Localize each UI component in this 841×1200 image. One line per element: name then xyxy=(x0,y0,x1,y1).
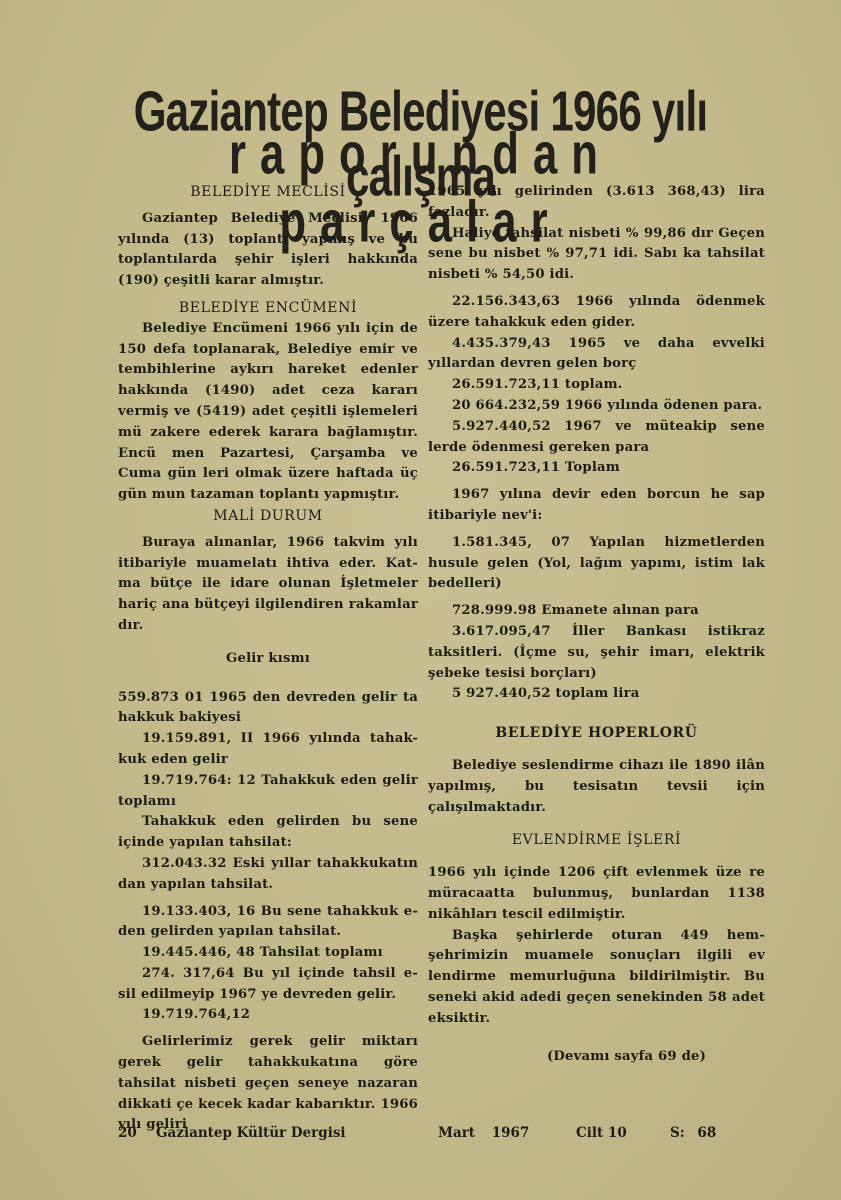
page-number: 20 xyxy=(118,1125,156,1141)
gelir-item: Tahakkuk eden gelirden bu sene içinde ya… xyxy=(118,812,418,854)
evlendirme-paragraph-2: Başka şehirlerde oturan 449 hem- şehrimi… xyxy=(428,926,765,1030)
section-heading-encumen: BELEDİYE ENCÜMENİ xyxy=(118,298,418,319)
volume-number: Cilt 10 xyxy=(576,1125,670,1141)
tahsilat-paragraph: Haliye tahsilat nisbeti % 99,86 dır Geçe… xyxy=(428,224,765,286)
gider-item: 4.435.379,43 1965 ve daha evvelki yıllar… xyxy=(428,334,765,376)
magazine-page: Gaziantep Belediyesi 1966 yılı çalışma r… xyxy=(0,0,841,1200)
gelir-item: 312.043.32 Eski yıllar tahakkukatın dan … xyxy=(118,854,418,896)
continuation-paragraph: 1965 yılı gelirinden (3.613 368,43) lira… xyxy=(428,182,765,224)
left-column: BELEDİYE MECLİSİ Gaziantep Belediye Mecl… xyxy=(118,182,418,1136)
devir-item: 3.617.095,47 İller Bankası istikraz taks… xyxy=(428,622,765,684)
section-heading-mali-durum: MALİ DURUM xyxy=(118,506,418,527)
encumen-paragraph: Belediye Encümeni 1966 yılı için de 150 … xyxy=(118,319,418,506)
gelir-item: 19.719.764: 12 Tahakkuk eden gelir topla… xyxy=(118,771,418,813)
issue-date: Mart 1967 xyxy=(438,1125,576,1141)
section-heading-hoperloru: BELEDİYE HOPERLORÜ xyxy=(428,723,765,744)
issue-number: S: 68 xyxy=(670,1125,716,1141)
continued-on-page-note: (Devamı sayfa 69 de) xyxy=(428,1047,765,1068)
gelir-item: 19.159.891, II 1966 yılında tahak- kuk e… xyxy=(118,729,418,771)
evlendirme-paragraph-1: 1966 yılı içinde 1206 çift evlenmek üze … xyxy=(428,863,765,925)
right-column: 1965 yılı gelirinden (3.613 368,43) lira… xyxy=(428,182,765,1068)
gelir-closing-paragraph: Gelirlerimiz gerek gelir miktarı gerek g… xyxy=(118,1032,418,1136)
gelir-item: 19.445.446, 48 Tahsilat toplamı xyxy=(118,943,418,964)
subheading-gelir-kismi: Gelir kısmı xyxy=(118,649,418,670)
devir-item: 1.581.345, 07 Yapılan hizmetlerden husul… xyxy=(428,533,765,595)
gider-item: 5.927.440,52 1967 ve müteakip sene lerde… xyxy=(428,417,765,459)
hoperloru-paragraph: Belediye seslendirme cihazı ile 1890 ilâ… xyxy=(428,756,765,818)
gider-item: 22.156.343,63 1966 yılında ödenmek üzere… xyxy=(428,292,765,334)
gider-item: 26.591.723,11 toplam. xyxy=(428,375,765,396)
gider-item-total: 26.591.723,11 Toplam xyxy=(428,458,765,479)
gelir-item-total: 19.719.764,12 xyxy=(118,1005,418,1026)
devir-item-total: 5 927.440,52 toplam lira xyxy=(428,684,765,705)
devir-item: 728.999.98 Emanete alınan para xyxy=(428,601,765,622)
gelir-item: 274. 317,64 Bu yıl içinde tahsil e- sil … xyxy=(118,964,418,1006)
gider-item: 20 664.232,59 1966 yılında ödenen para. xyxy=(428,396,765,417)
gelir-item: 559.873 01 1965 den devreden gelir ta ha… xyxy=(118,688,418,730)
magazine-name: Gaziantep Kültür Dergisi xyxy=(156,1125,438,1141)
meclis-paragraph: Gaziantep Belediye Meclisi, 1966 yılında… xyxy=(118,209,418,292)
page-footer: 20 Gaziantep Kültür Dergisi Mart 1967 Ci… xyxy=(118,1125,758,1141)
devir-intro-paragraph: 1967 yılına devir eden borcun he sap iti… xyxy=(428,485,765,527)
section-heading-evlendirme: EVLENDİRME İŞLERİ xyxy=(428,830,765,851)
gelir-item: 19.133.403, 16 Bu sene tahakkuk e- den g… xyxy=(118,902,418,944)
section-heading-meclis: BELEDİYE MECLİSİ xyxy=(118,182,418,203)
mali-durum-paragraph: Buraya alınanlar, 1966 takvim yılı itiba… xyxy=(118,533,418,637)
